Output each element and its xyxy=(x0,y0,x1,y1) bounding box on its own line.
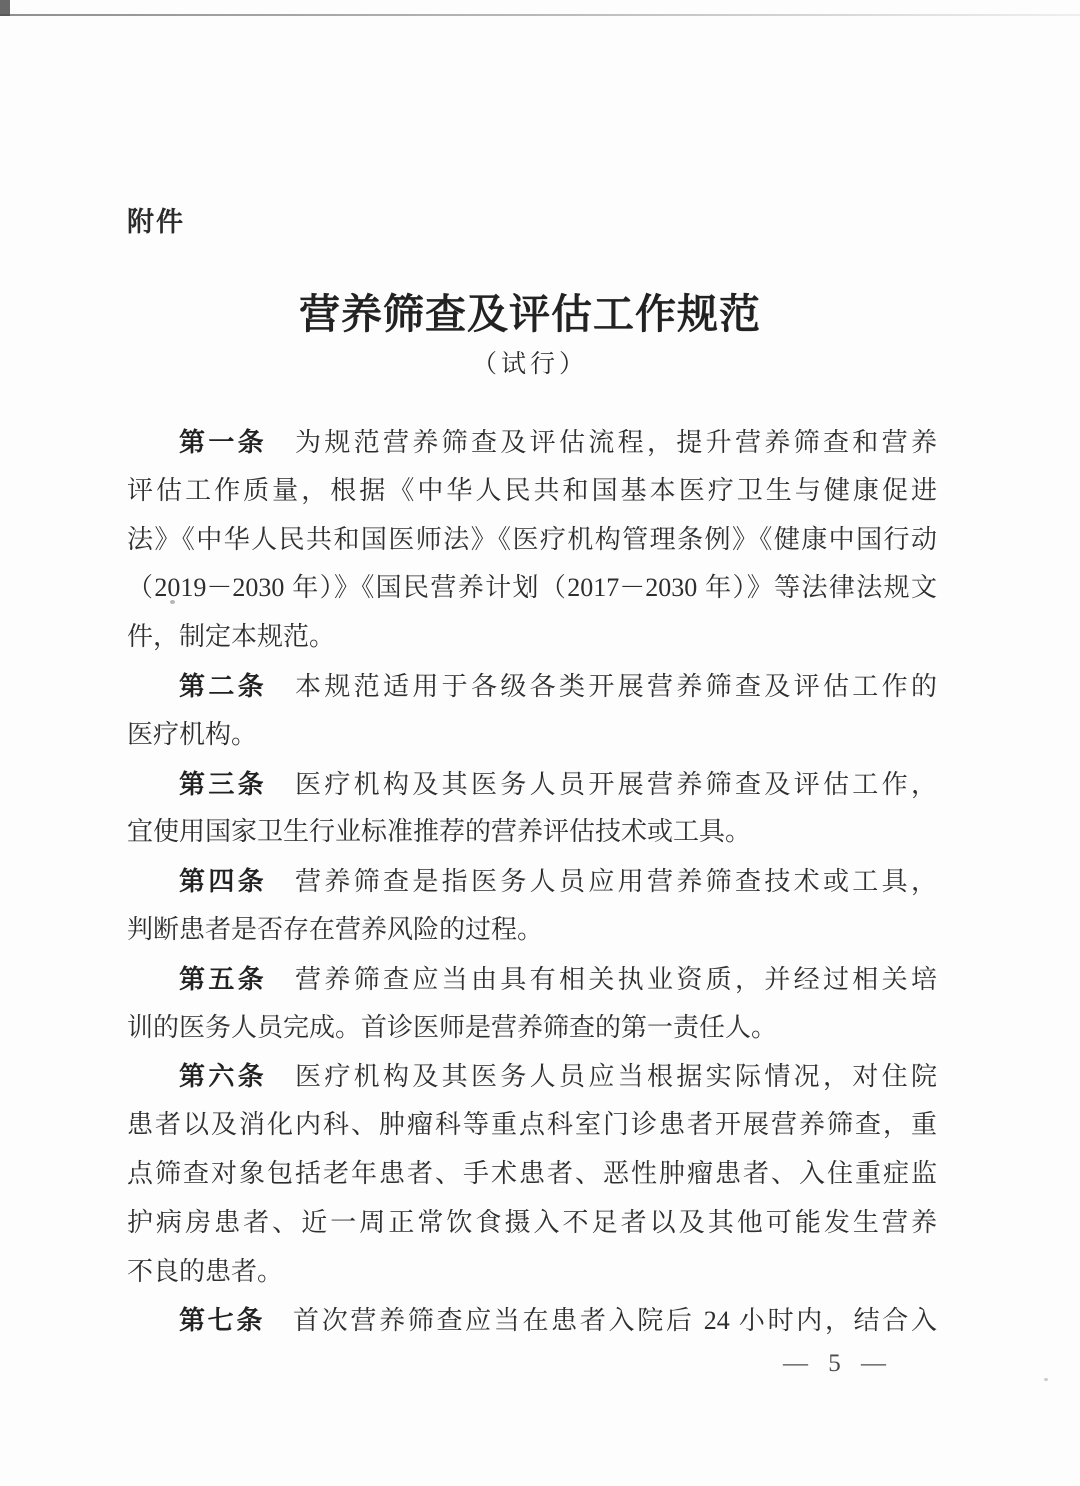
article-number: 第四条 xyxy=(179,866,267,896)
line-text: 件，制定本规范。 xyxy=(127,622,335,651)
article-number: 第七条 xyxy=(179,1305,265,1335)
line-text: 判断患者是否存在营养风险的过程。 xyxy=(127,915,543,944)
document-subtitle: （试行） xyxy=(0,344,1060,380)
body-line: 不良的患者。 xyxy=(127,1248,937,1297)
body-line: 第一条为规范营养筛查及评估流程，提升营养筛查和营养 xyxy=(127,418,937,467)
article-number: 第五条 xyxy=(179,964,267,994)
article-number: 第一条 xyxy=(179,427,267,457)
body-line: 护病房患者、近一周正常饮食摄入不足者以及其他可能发生营养 xyxy=(127,1199,937,1248)
page-number: — 5 — xyxy=(783,1350,893,1378)
body-line: 评估工作质量，根据《中华人民共和国基本医疗卫生与健康促进 xyxy=(127,467,937,516)
line-text: 营养筛查是指医务人员应用营养筛查技术或工具， xyxy=(295,867,937,896)
document-body: 第一条为规范营养筛查及评估流程，提升营养筛查和营养 评估工作质量，根据《中华人民… xyxy=(127,418,937,1345)
line-text: 本规范适用于各级各类开展营养筛查及评估工作的 xyxy=(295,672,937,701)
document-title: 营养筛查及评估工作规范 xyxy=(0,281,1060,340)
body-line: 第四条营养筛查是指医务人员应用营养筛查技术或工具， xyxy=(127,857,937,906)
line-text: 评估工作质量，根据《中华人民共和国基本医疗卫生与健康促进 xyxy=(127,476,937,505)
body-line: 第五条营养筛查应当由具有相关执业资质，并经过相关培 xyxy=(127,955,937,1004)
body-line: 宜使用国家卫生行业标准推荐的营养评估技术或工具。 xyxy=(127,808,937,857)
body-line: 第三条医疗机构及其医务人员开展营养筛查及评估工作， xyxy=(127,760,937,809)
scan-speck xyxy=(1044,1378,1048,1381)
line-text: 营养筛查应当由具有相关执业资质，并经过相关培 xyxy=(295,965,937,994)
body-line: 第六条医疗机构及其医务人员应当根据实际情况，对住院 xyxy=(127,1052,937,1101)
body-line: 法》《中华人民共和国医师法》《医疗机构管理条例》《健康中国行动 xyxy=(127,516,937,565)
body-line: （2019－2030 年）》《国民营养计划（2017－2030 年）》等法律法规… xyxy=(127,564,937,613)
line-text: 患者以及消化内科、肿瘤科等重点科室门诊患者开展营养筛查，重 xyxy=(127,1110,937,1139)
line-text: （2019－2030 年）》《国民营养计划（2017－2030 年）》等法律法规… xyxy=(127,573,937,602)
body-line: 点筛查对象包括老年患者、手术患者、恶性肿瘤患者、入住重症监 xyxy=(127,1150,937,1199)
line-text: 为规范营养筛查及评估流程，提升营养筛查和营养 xyxy=(295,428,937,457)
article-number: 第三条 xyxy=(179,769,267,799)
line-text: 点筛查对象包括老年患者、手术患者、恶性肿瘤患者、入住重症监 xyxy=(127,1159,937,1188)
line-text: 医疗机构及其医务人员应当根据实际情况，对住院 xyxy=(295,1062,937,1091)
article-number: 第六条 xyxy=(179,1061,267,1091)
scan-artifact-line xyxy=(0,14,1080,16)
body-line: 训的医务人员完成。首诊医师是营养筛查的第一责任人。 xyxy=(127,1004,937,1053)
line-text: 医疗机构及其医务人员开展营养筛查及评估工作， xyxy=(295,770,937,799)
body-line: 判断患者是否存在营养风险的过程。 xyxy=(127,906,937,955)
article-number: 第二条 xyxy=(179,671,267,701)
line-text: 法》《中华人民共和国医师法》《医疗机构管理条例》《健康中国行动 xyxy=(127,525,937,554)
body-line: 第七条首次营养筛查应当在患者入院后 24 小时内，结合入 xyxy=(127,1296,937,1345)
line-text: 宜使用国家卫生行业标准推荐的营养评估技术或工具。 xyxy=(127,817,751,846)
attachment-label: 附件 xyxy=(127,200,185,239)
document-page: 附件 营养筛查及评估工作规范 （试行） 第一条为规范营养筛查及评估流程，提升营养… xyxy=(0,0,1080,1486)
line-text: 训的医务人员完成。首诊医师是营养筛查的第一责任人。 xyxy=(127,1013,777,1042)
body-line: 件，制定本规范。 xyxy=(127,613,937,662)
body-line: 医疗机构。 xyxy=(127,711,937,760)
body-line: 第二条本规范适用于各级各类开展营养筛查及评估工作的 xyxy=(127,662,937,711)
line-text: 医疗机构。 xyxy=(127,720,257,749)
line-text: 护病房患者、近一周正常饮食摄入不足者以及其他可能发生营养 xyxy=(127,1208,937,1237)
line-text: 首次营养筛查应当在患者入院后 24 小时内，结合入 xyxy=(293,1306,937,1335)
line-text: 不良的患者。 xyxy=(127,1257,283,1286)
body-line: 患者以及消化内科、肿瘤科等重点科室门诊患者开展营养筛查，重 xyxy=(127,1101,937,1150)
scan-artifact-corner xyxy=(0,0,10,16)
